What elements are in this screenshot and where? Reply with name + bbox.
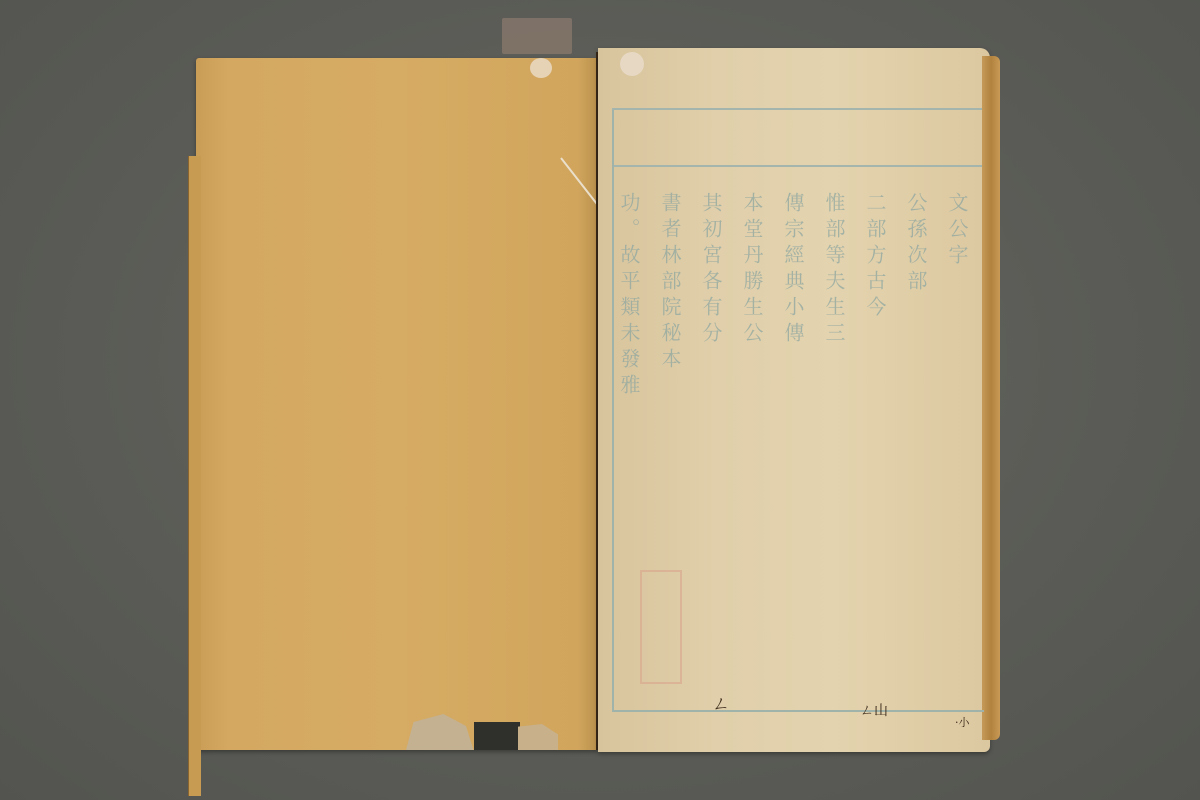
text-column: 其初宮各有分 — [697, 192, 726, 702]
page-stack-edge — [982, 56, 1000, 740]
handwritten-mark: ㄥ — [712, 690, 730, 716]
handwritten-mark: ㄥ山 — [860, 700, 888, 720]
text-column: 二部方古今 — [861, 192, 890, 702]
text-column: 本堂丹勝生公 — [738, 192, 767, 702]
text-column: 文公字 — [943, 192, 972, 702]
torn-edge-2 — [518, 724, 558, 750]
paper-spot — [530, 58, 552, 78]
text-column: 書者林部院秘本 — [656, 192, 685, 702]
paper-spot-2 — [620, 52, 644, 76]
text-column: 功。故平類未發雅 — [615, 192, 644, 702]
page-hole — [474, 722, 520, 750]
text-column: 惟部等夫生三 — [820, 192, 849, 702]
left-page-edge — [188, 156, 201, 796]
text-column: 傳宗經典小傳 — [779, 192, 808, 702]
text-columns: 文公字 公孫次部 二部方古今 惟部等夫生三 傳宗經典小傳 本堂丹勝生公 其初宮各… — [622, 192, 972, 702]
handwritten-mark: ·小 — [955, 714, 970, 730]
library-tag — [502, 18, 572, 54]
left-page — [196, 58, 598, 750]
text-column: 公孫次部 — [902, 192, 931, 702]
